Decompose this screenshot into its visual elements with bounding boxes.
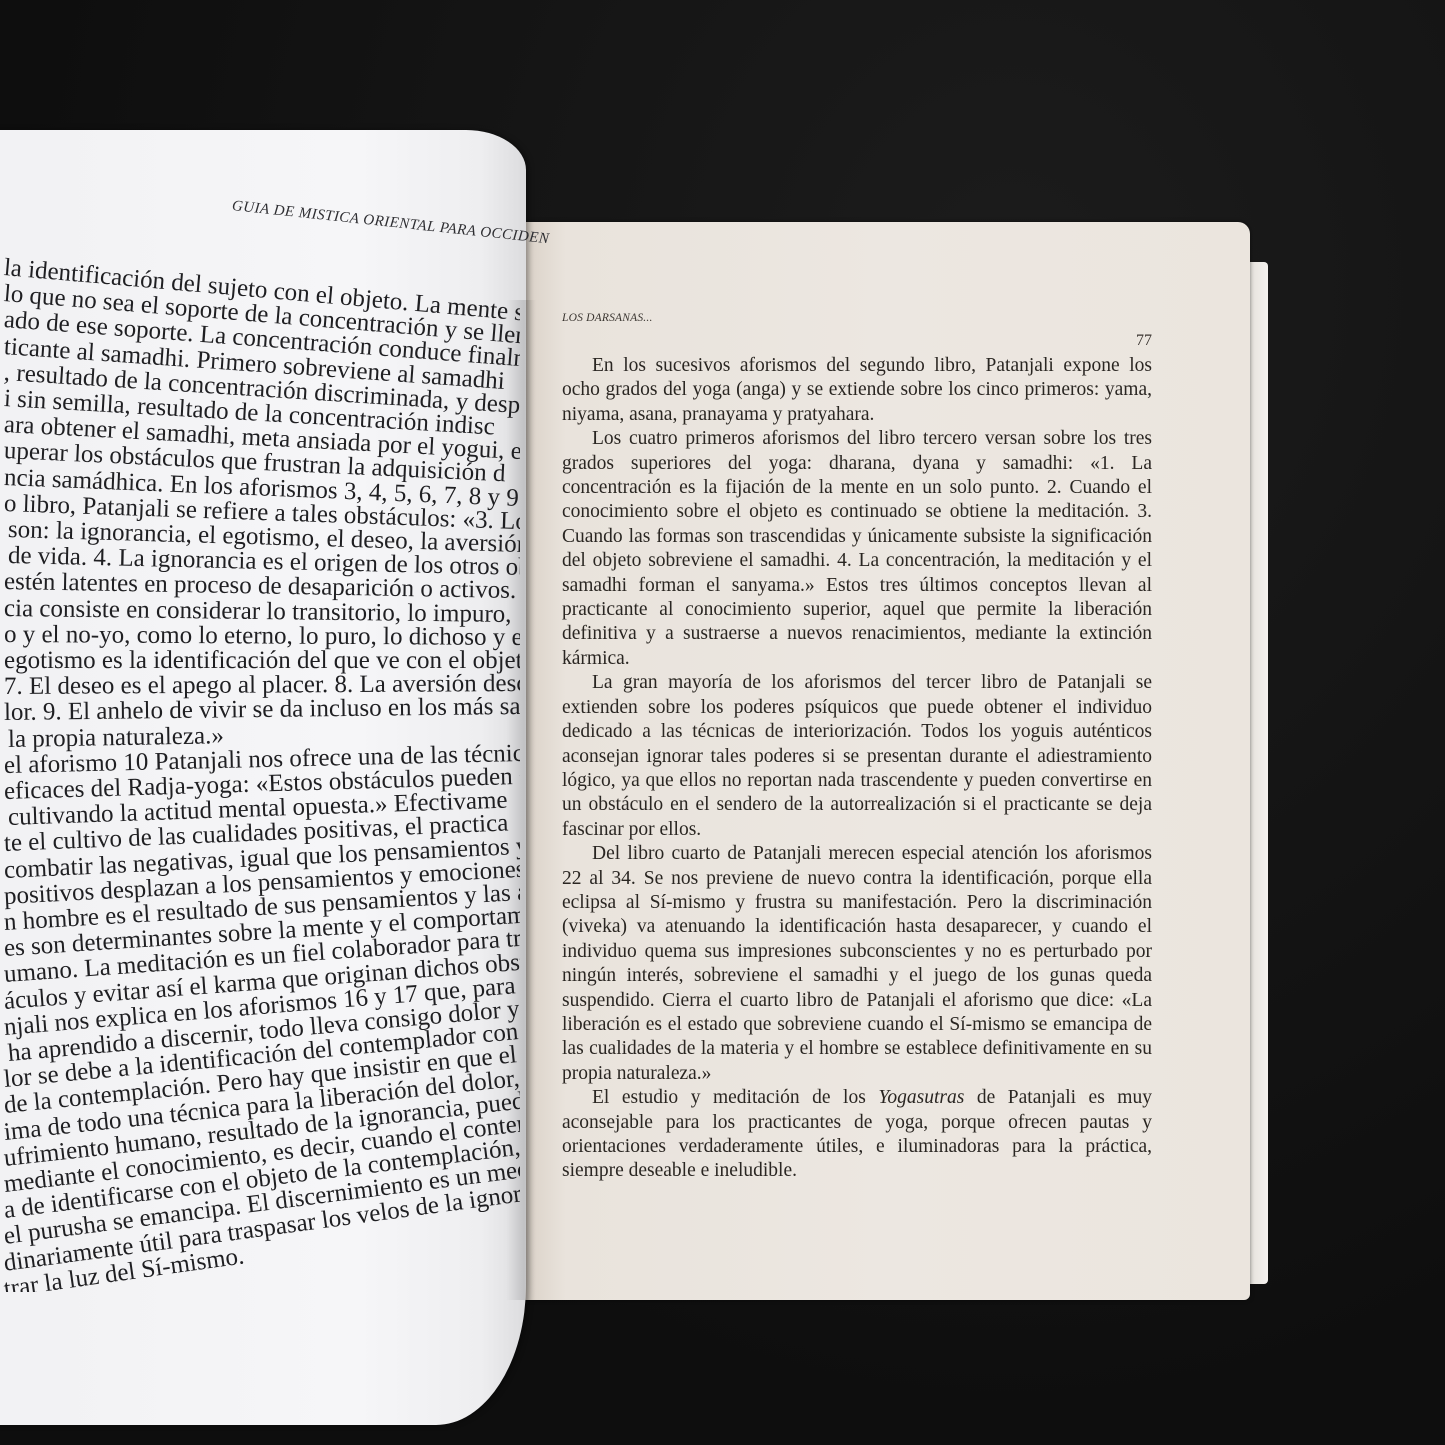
paragraph: El estudio y meditación de los Yogasutra… [562, 1086, 1152, 1184]
paragraph: En los sucesivos aforismos del segundo l… [562, 354, 1152, 427]
left-page-line: lor. 9. El anhelo de vivir se da incluso… [4, 693, 520, 727]
running-head-right: LOS DARSANAS... [562, 312, 1152, 324]
photo-scene: LOS DARSANAS... 77 En los sucesivos afor… [0, 0, 1445, 1445]
right-page-edge [1250, 262, 1268, 1284]
left-page-content: la identificación del sujeto con el obje… [0, 232, 520, 1292]
paragraph: Los cuatro primeros aforismos del libro … [562, 427, 1152, 671]
paragraph: La gran mayoría de los aforismos del ter… [562, 671, 1152, 842]
right-page-body: En los sucesivos aforismos del segundo l… [562, 354, 1152, 1184]
book-title-italic: Yogasutras [878, 1087, 964, 1108]
paragraph: Del libro cuarto de Patanjali merecen es… [562, 842, 1152, 1086]
paragraph-text: El estudio y meditación de los [592, 1087, 878, 1108]
right-page-content: LOS DARSANAS... 77 En los sucesivos afor… [562, 312, 1152, 1184]
page-number: 77 [1136, 332, 1152, 350]
